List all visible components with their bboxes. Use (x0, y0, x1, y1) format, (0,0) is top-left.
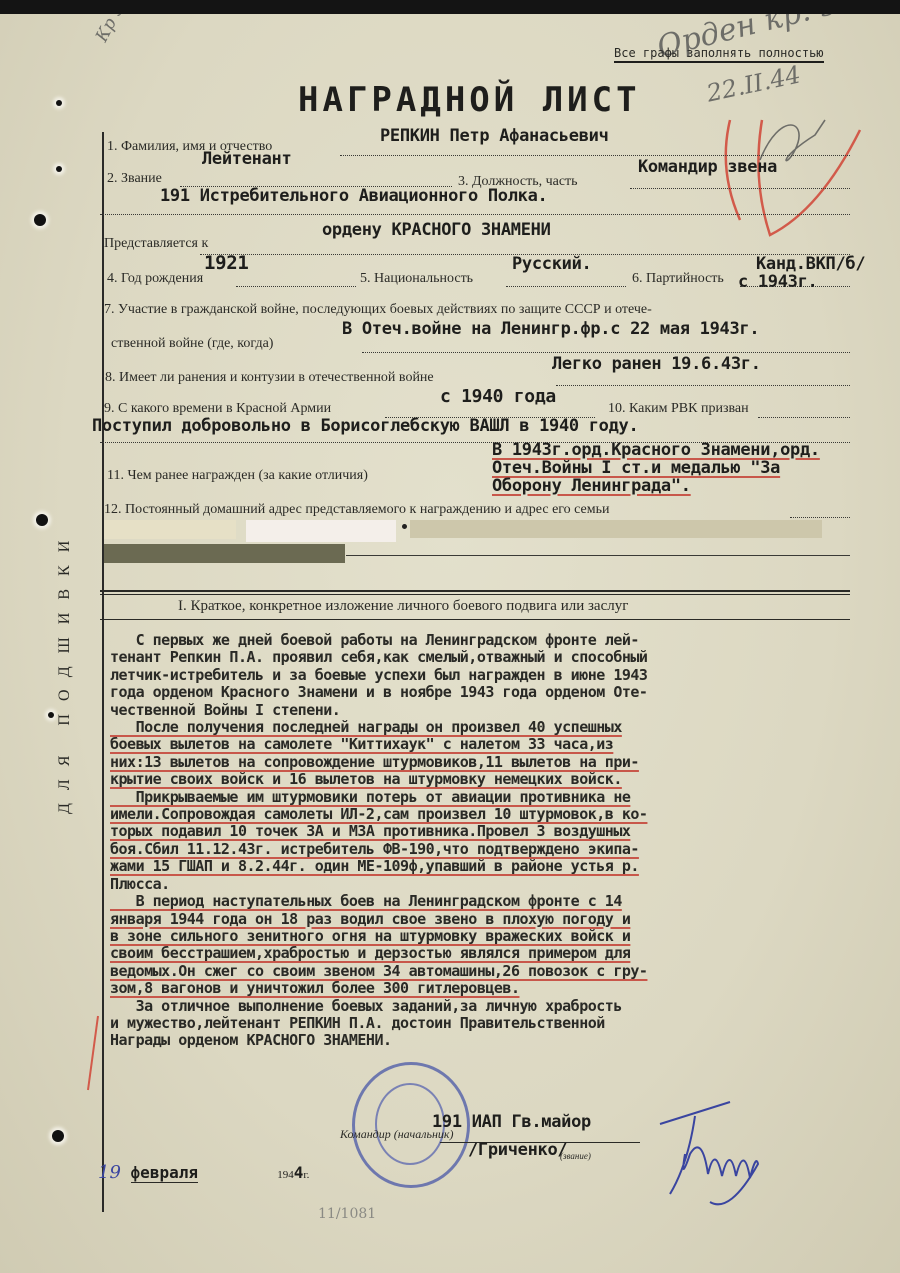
section-divider (100, 594, 850, 595)
party-label: 6. Партийность (632, 271, 724, 287)
archive-number: 11/1081 (318, 1206, 376, 1222)
field-line (758, 417, 850, 418)
citation-line: ведомых.Он сжег со своим звеном 34 автом… (110, 963, 880, 980)
citation-line: жами 15 ГШАП и 8.2.44г. один МЕ-109ф,упа… (110, 858, 880, 875)
birth-year-label: 4. Год рождения (107, 271, 203, 287)
commander-label: Командир (начальник) (340, 1127, 454, 1142)
redacted-address (246, 520, 396, 542)
field-line (236, 286, 356, 287)
nationality-label: 5. Национальность (360, 271, 473, 287)
wounds-label: 8. Имеет ли ранения и контузии в отечест… (105, 370, 434, 386)
field-line (100, 214, 850, 215)
punch-hole (56, 100, 62, 106)
citation-line: торых подавил 10 точек ЗА и МЗА противни… (110, 823, 880, 840)
rank-caption: (звание) (560, 1151, 591, 1161)
party-value-1: Канд.ВКП/б/ (756, 254, 865, 274)
field-line (362, 352, 850, 353)
citation-line: крытие своих войск и 16 вылетов на штурм… (110, 771, 880, 788)
signer-name: /Гриченко/ (468, 1140, 567, 1160)
redacted-address (104, 544, 345, 563)
citation-line: зом,8 вагонов и уничтожил более 300 гитл… (110, 980, 880, 997)
redacted-address (104, 520, 236, 539)
rvk-label: 10. Каким РВК призван (608, 401, 749, 417)
date-year-digit: 4 (294, 1163, 304, 1182)
date-day: 19 (98, 1162, 121, 1183)
field-line (346, 555, 850, 556)
date-month: февраля (131, 1163, 198, 1183)
home-address-label: 12. Постоянный домашний адрес представля… (104, 502, 610, 518)
presented-label: Представляется к (104, 236, 208, 252)
citation-line: в зоне сильного зенитного огня на штурмо… (110, 928, 880, 945)
citation-line: С первых же дней боевой работы на Ленинг… (110, 632, 880, 649)
citation-line: имели.Сопровождая самолеты ИЛ-2,сам прои… (110, 806, 880, 823)
citation-line: боевых вылетов на самолете "Киттихаук" с… (110, 736, 880, 753)
position-value: Командир звена (638, 157, 777, 177)
dot-mark (402, 524, 407, 529)
section-divider (100, 590, 850, 592)
citation-line: тенант Репкин П.А. проявил себя,как смел… (110, 649, 880, 666)
award-sheet: ДЛЯ ПОДШИВКИ Кр Зн. Ш.фл. 25.2 Орден кр.… (0, 14, 900, 1273)
unit-value: 191 Истребительного Авиационного Полка. (160, 186, 547, 206)
punch-hole (56, 166, 62, 172)
field-line (740, 286, 850, 287)
punch-hole (52, 1130, 64, 1142)
binding-label: ДЛЯ ПОДШИВКИ (56, 484, 86, 814)
war-participation-label-1: 7. Участие в гражданской войне, последую… (104, 302, 652, 318)
rvk-value: Поступил добровольно в Борисоглебскую ВА… (92, 416, 638, 436)
war-participation-value: В Отеч.войне на Ленингр.фр.с 22 мая 1943… (342, 319, 759, 339)
date-suffix: г. (303, 1169, 309, 1181)
wounds-value: Легко ранен 19.6.43г. (552, 354, 761, 374)
citation-text: С первых же дней боевой работы на Ленинг… (110, 632, 880, 1050)
citation-line: января 1944 года он 18 раз водил свое зв… (110, 911, 880, 928)
citation-line: летчик-истребитель и за боевые успехи бы… (110, 667, 880, 684)
signer-unit-rank: 191 ИАП Гв.майор (432, 1112, 591, 1132)
header-note: Все графы заполнять полностью (614, 46, 824, 63)
army-since-value: с 1940 года (440, 386, 556, 407)
citation-line: них:13 вылетов на сопровождение штурмови… (110, 754, 880, 771)
commander-signature (640, 1094, 800, 1214)
section-divider (100, 619, 850, 620)
document-title: НАГРАДНОЙ ЛИСТ (298, 80, 641, 120)
citation-line: года орденом Красного Знамени и в ноябре… (110, 684, 880, 701)
date-year-prefix: 194 (277, 1169, 294, 1181)
field-line (556, 385, 850, 386)
citation-line: После получения последней награды он про… (110, 719, 880, 736)
presented-value: ордену КРАСНОГО ЗНАМЕНИ (322, 220, 551, 240)
field-line (340, 155, 850, 156)
punch-hole (48, 712, 54, 718)
pencil-note-left: Кр Зн. Ш.фл. 25.2 (92, 14, 152, 45)
army-since-label: 9. С какого времени в Красной Армии (104, 401, 331, 417)
punch-hole (36, 514, 48, 526)
citation-line: и мужество,лейтенант РЕПКИН П.А. достоин… (110, 1015, 880, 1032)
nationality-value: Русский. (512, 254, 591, 274)
citation-line: В период наступательных боев на Ленингра… (110, 893, 880, 910)
full-name-value: РЕПКИН Петр Афанасьевич (380, 126, 609, 146)
field-line (790, 517, 850, 518)
previous-awards-value-1: В 1943г.орд.Красного Знамени,орд. (492, 440, 820, 460)
section-title: I. Краткое, конкретное изложение личного… (178, 598, 628, 615)
field-line (506, 286, 626, 287)
previous-awards-value-2: Отеч.Войны I ст.и медалью "За (492, 458, 780, 478)
punch-hole (34, 214, 46, 226)
redacted-address (410, 520, 822, 538)
birth-year-value: 1921 (204, 252, 249, 274)
field-line (630, 188, 850, 189)
red-margin-mark (84, 1014, 104, 1094)
citation-line: Награды орденом КРАСНОГО ЗНАМЕНИ. (110, 1032, 880, 1049)
citation-line: Прикрываемые им штурмовики потерь от ави… (110, 789, 880, 806)
citation-line: Плюсса. (110, 876, 880, 893)
citation-line: чественной Войны I степени. (110, 702, 880, 719)
war-participation-label-2: ственной войне (где, когда) (111, 336, 273, 352)
signing-date: 19 февраля 1944г. (98, 1162, 309, 1183)
rank-label: 2. Звание (107, 171, 162, 187)
citation-line: своим бесстрашием,храбростью и дерзостью… (110, 945, 880, 962)
rank-value: Лейтенант (202, 149, 291, 169)
previous-awards-label: 11. Чем ранее награжден (за какие отличи… (107, 468, 368, 484)
citation-line: За отличное выполнение боевых заданий,за… (110, 998, 880, 1015)
previous-awards-value-3: Оборону Ленинграда". (492, 476, 691, 496)
party-value-2: с 1943г. (738, 272, 817, 292)
citation-line: боя.Сбил 11.12.43г. истребитель ФВ-190,ч… (110, 841, 880, 858)
war-participation-label-text: 7. Участие в гражданской войне, последую… (104, 302, 652, 317)
